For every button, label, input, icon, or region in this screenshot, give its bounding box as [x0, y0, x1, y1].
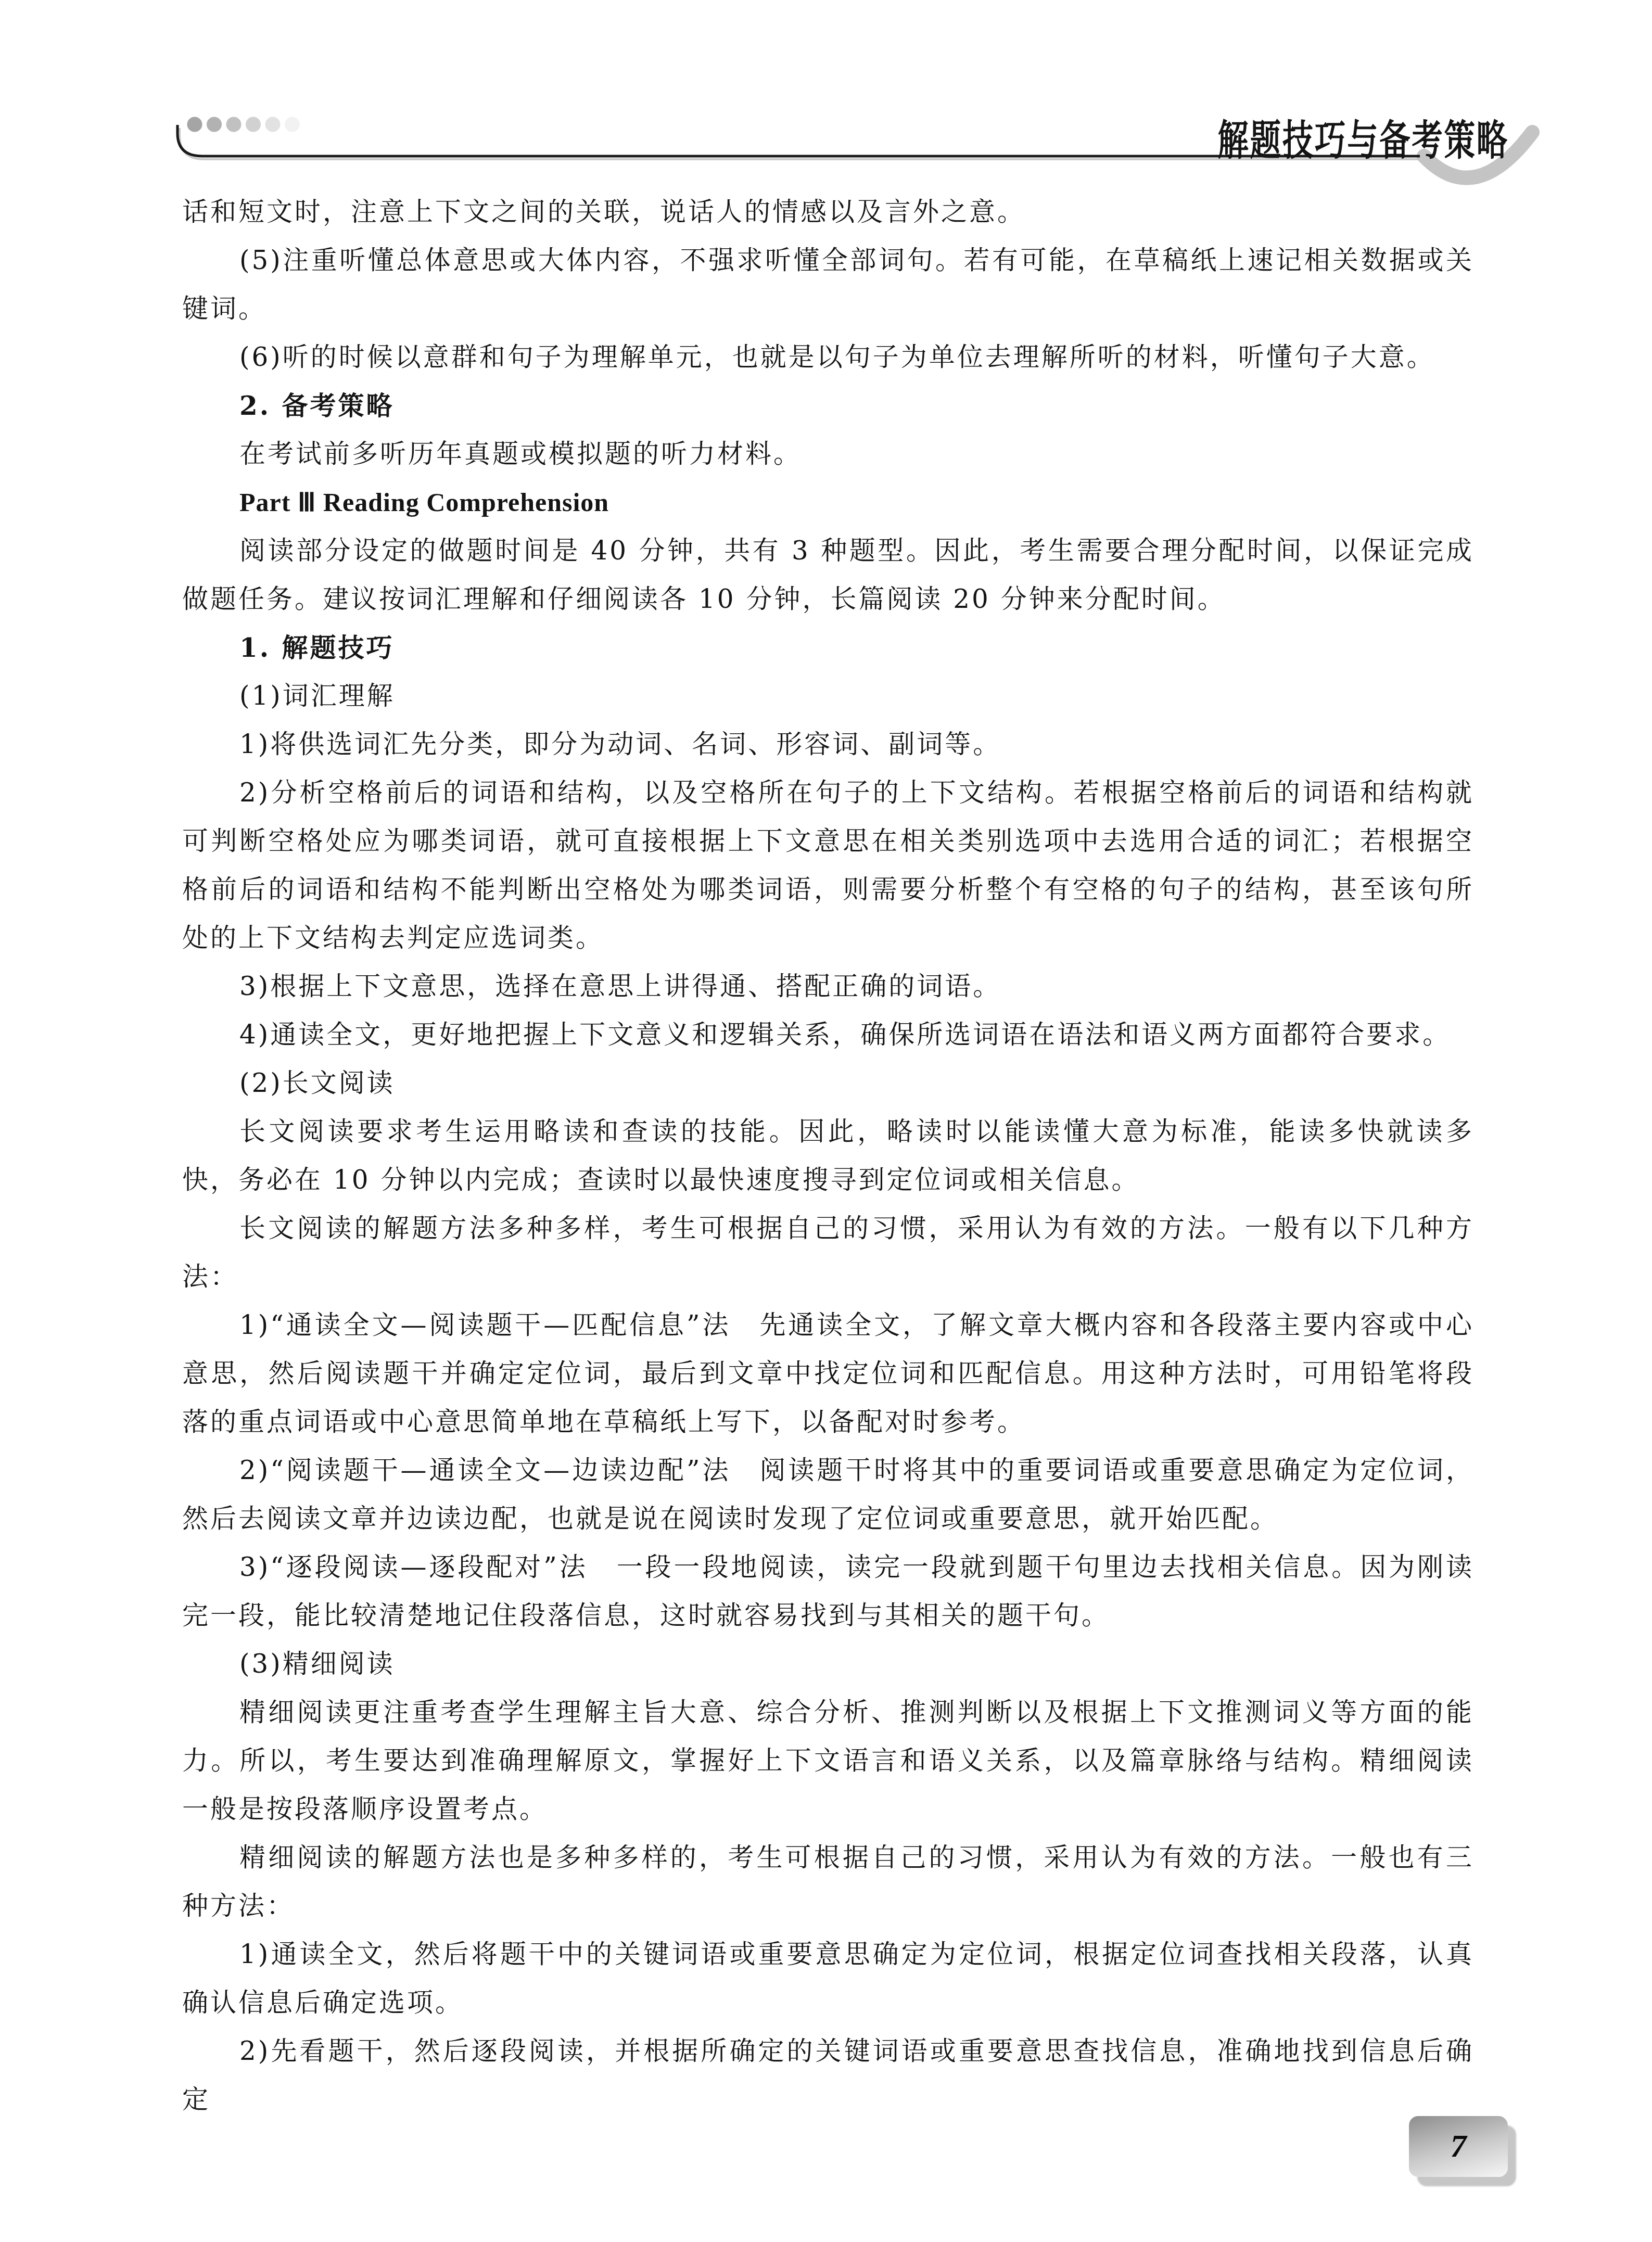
paragraph: (6)听的时候以意群和句子为理解单元，也就是以句子为单位去理解所听的材料，听懂句…	[182, 333, 1474, 381]
paragraph: 长文阅读的解题方法多种多样，考生可根据自己的习惯，采用认为有效的方法。一般有以下…	[182, 1204, 1474, 1301]
paragraph: 1)“通读全文—阅读题干—匹配信息”法 先通读全文，了解文章大概内容和各段落主要…	[182, 1301, 1474, 1446]
page-number-tab: 7	[1409, 2116, 1508, 2177]
dot-icon	[246, 117, 261, 132]
heading-jieti-jiqiao: 1. 解题技巧	[182, 623, 1474, 672]
paragraph: 在考试前多听历年真题或模拟题的听力材料。	[182, 430, 1474, 478]
paragraph: 3)根据上下文意思，选择在意思上讲得通、搭配正确的词语。	[182, 962, 1474, 1011]
heading-part3-reading: Part Ⅲ Reading Comprehension	[182, 478, 1474, 527]
paragraph: 2)分析空格前后的词语和结构，以及空格所在句子的上下文结构。若根据空格前后的词语…	[182, 769, 1474, 962]
paragraph: (1)词汇理解	[182, 672, 1474, 720]
paragraph: (2)长文阅读	[182, 1059, 1474, 1107]
paragraph: 3)“逐段阅读—逐段配对”法 一段一段地阅读，读完一段就到题干句里边去找相关信息…	[182, 1543, 1474, 1640]
page-body-text: 话和短文时，注意上下文之间的关联，说话人的情感以及言外之意。 (5)注重听懂总体…	[182, 188, 1474, 2124]
dot-icon	[207, 117, 222, 132]
paragraph: 精细阅读的解题方法也是多种多样的，考生可根据自己的习惯，采用认为有效的方法。一般…	[182, 1833, 1474, 1930]
dot-icon	[285, 117, 300, 132]
paragraph: 2)先看题干，然后逐段阅读，并根据所确定的关键词语或重要意思查找信息，准确地找到…	[182, 2027, 1474, 2124]
paragraph: (5)注重听懂总体意思或大体内容，不强求听懂全部词句。若有可能，在草稿纸上速记相…	[182, 236, 1474, 333]
paragraph: 1)将供选词汇先分类，即分为动词、名词、形容词、副词等。	[182, 720, 1474, 769]
heading-beikao-celue: 2. 备考策略	[182, 381, 1474, 430]
paragraph: 1)通读全文，然后将题干中的关键词语或重要意思确定为定位词，根据定位词查找相关段…	[182, 1930, 1474, 2027]
dot-icon	[226, 117, 242, 132]
paragraph: 长文阅读要求考生运用略读和查读的技能。因此，略读时以能读懂大意为标准，能读多快就…	[182, 1107, 1474, 1204]
dot-icon	[187, 117, 202, 132]
paragraph: 话和短文时，注意上下文之间的关联，说话人的情感以及言外之意。	[182, 188, 1474, 236]
paragraph: 4)通读全文，更好地把握上下文意义和逻辑关系，确保所选词语在语法和语义两方面都符…	[182, 1011, 1474, 1059]
paragraph: 精细阅读更注重考查学生理解主旨大意、综合分析、推测判断以及根据上下文推测词义等方…	[182, 1688, 1474, 1833]
paragraph: 2)“阅读题干—通读全文—边读边配”法 阅读题干时将其中的重要词语或重要意思确定…	[182, 1446, 1474, 1543]
paragraph: 阅读部分设定的做题时间是 40 分钟，共有 3 种题型。因此，考生需要合理分配时…	[182, 527, 1474, 623]
header-title: 解题技巧与备考策略	[1218, 107, 1509, 167]
header-dots	[187, 117, 300, 132]
page: { "header": { "title": "解题技巧与备考策略" }, "c…	[0, 0, 1652, 2242]
page-number: 7	[1451, 2128, 1467, 2165]
paragraph: (3)精细阅读	[182, 1640, 1474, 1688]
dot-icon	[265, 117, 281, 132]
